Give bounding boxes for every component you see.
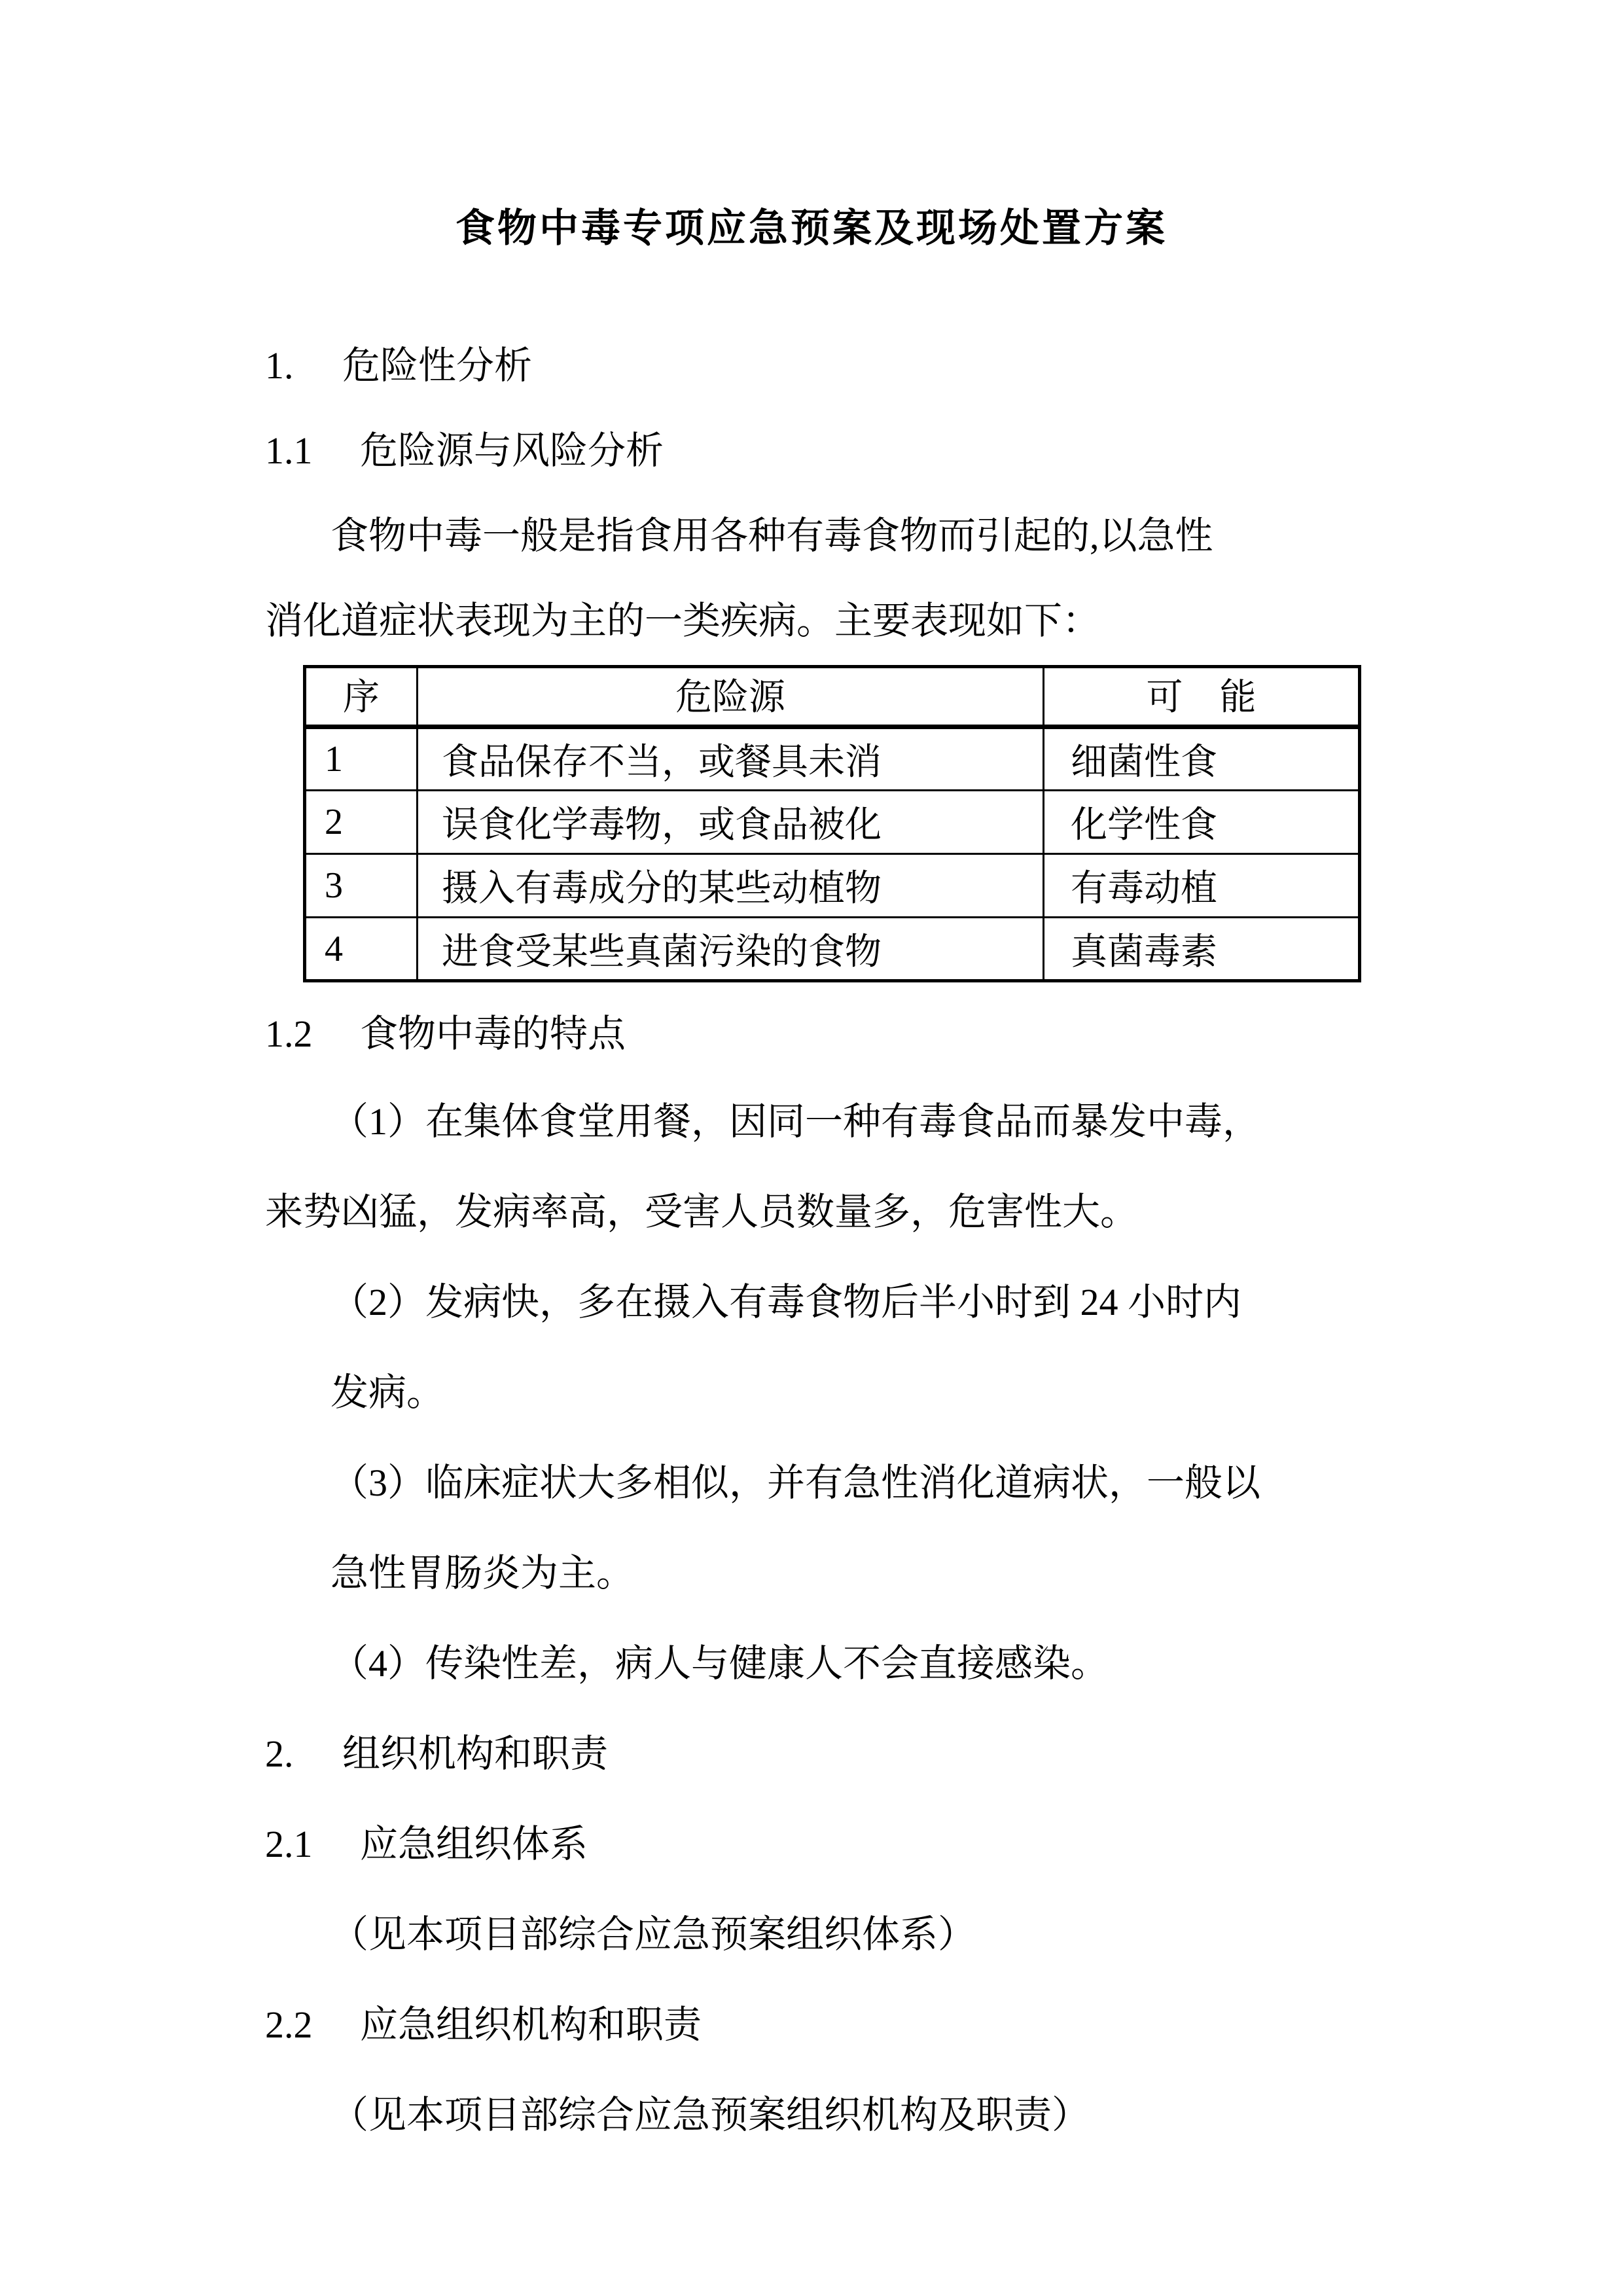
feature-2-line-1: （2）发病快，多在摄入有毒食物后半小时到 24 小时内 <box>330 1257 1453 1348</box>
org-reference-1: （见本项目部综合应急预案组织体系） <box>330 1890 1453 1980</box>
heading-2-2: 2.2应急组织机构和职责 <box>265 1980 1453 2070</box>
table-row: 2 误食化学毒物，或食品被化 化学性食 <box>305 791 1360 854</box>
heading-1-1-number: 1.1 <box>265 408 360 493</box>
heading-2-2-number: 2.2 <box>265 1980 360 2070</box>
heading-2-1-label: 应急组织体系 <box>360 1823 588 1865</box>
hazard-table-header-no: 序 <box>305 667 418 727</box>
row-3-result: 有毒动植 <box>1044 854 1360 918</box>
table-row: 1 食品保存不当，或餐具未消 细菌性食 <box>305 727 1360 791</box>
feature-3-line-1: （3）临床症状大多相似，并有急性消化道病状，一般以 <box>330 1438 1453 1528</box>
heading-1-1: 1.1危险源与风险分析 <box>265 408 1453 493</box>
row-3-source: 摄入有毒成分的某些动植物 <box>418 854 1044 918</box>
heading-2-2-label: 应急组织机构和职责 <box>360 2003 702 2046</box>
document-body: 1.危险性分析 1.1危险源与风险分析 食物中毒一般是指食用各种有毒食物而引起的… <box>0 323 1623 2161</box>
row-1-no: 1 <box>305 727 418 791</box>
intro-paragraph-line-2: 消化道症状表现为主的一类疾病。主要表现如下： <box>265 579 1453 664</box>
document-title: 食物中毒专项应急预案及现场处置方案 <box>0 0 1623 253</box>
org-reference-2: （见本项目部综合应急预案组织机构及职责） <box>330 2070 1453 2161</box>
row-3-no: 3 <box>305 854 418 918</box>
heading-2-1: 2.1应急组织体系 <box>265 1799 1453 1890</box>
row-2-result: 化学性食 <box>1044 791 1360 854</box>
feature-1-line-1: （1）在集体食堂用餐，因同一种有毒食品而暴发中毒， <box>330 1077 1453 1167</box>
heading-1-1-label: 危险源与风险分析 <box>360 429 664 472</box>
heading-2-label: 组织机构和职责 <box>342 1732 608 1775</box>
feature-3-line-2: 急性胃肠炎为主。 <box>330 1528 1453 1619</box>
hazard-table-header-row: 序 危险源 可 能 <box>305 667 1360 727</box>
feature-2-line-2: 发病。 <box>330 1348 1453 1438</box>
heading-1-2-number: 1.2 <box>265 992 360 1077</box>
row-4-no: 4 <box>305 918 418 981</box>
table-row: 3 摄入有毒成分的某些动植物 有毒动植 <box>305 854 1360 918</box>
row-2-no: 2 <box>305 791 418 854</box>
feature-4-line-1: （4）传染性差，病人与健康人不会直接感染。 <box>330 1619 1453 1709</box>
heading-2-1-number: 2.1 <box>265 1799 360 1890</box>
intro-paragraph-line-1: 食物中毒一般是指食用各种有毒食物而引起的,以急性 <box>330 493 1453 579</box>
hazard-table: 序 危险源 可 能 1 食品保存不当，或餐具未消 细菌性食 2 误食化学毒物，或… <box>303 665 1361 982</box>
hazard-table-header-source: 危险源 <box>418 667 1044 727</box>
heading-1-label: 危险性分析 <box>342 344 532 387</box>
row-2-source: 误食化学毒物，或食品被化 <box>418 791 1044 854</box>
row-1-result: 细菌性食 <box>1044 727 1360 791</box>
feature-1-line-2: 来势凶猛，发病率高，受害人员数量多，危害性大。 <box>265 1167 1453 1257</box>
row-1-source: 食品保存不当，或餐具未消 <box>418 727 1044 791</box>
hazard-table-header-result: 可 能 <box>1044 667 1360 727</box>
heading-1-2: 1.2食物中毒的特点 <box>265 992 1453 1077</box>
heading-1-2-label: 食物中毒的特点 <box>360 1013 626 1055</box>
heading-1-number: 1. <box>265 323 342 408</box>
table-row: 4 进食受某些真菌污染的食物 真菌毒素 <box>305 918 1360 981</box>
heading-1: 1.危险性分析 <box>265 323 1453 408</box>
row-4-result: 真菌毒素 <box>1044 918 1360 981</box>
heading-2: 2.组织机构和职责 <box>265 1709 1453 1799</box>
document-page: 食物中毒专项应急预案及现场处置方案 1.危险性分析 1.1危险源与风险分析 食物… <box>0 0 1623 2296</box>
row-4-source: 进食受某些真菌污染的食物 <box>418 918 1044 981</box>
heading-2-number: 2. <box>265 1709 342 1799</box>
